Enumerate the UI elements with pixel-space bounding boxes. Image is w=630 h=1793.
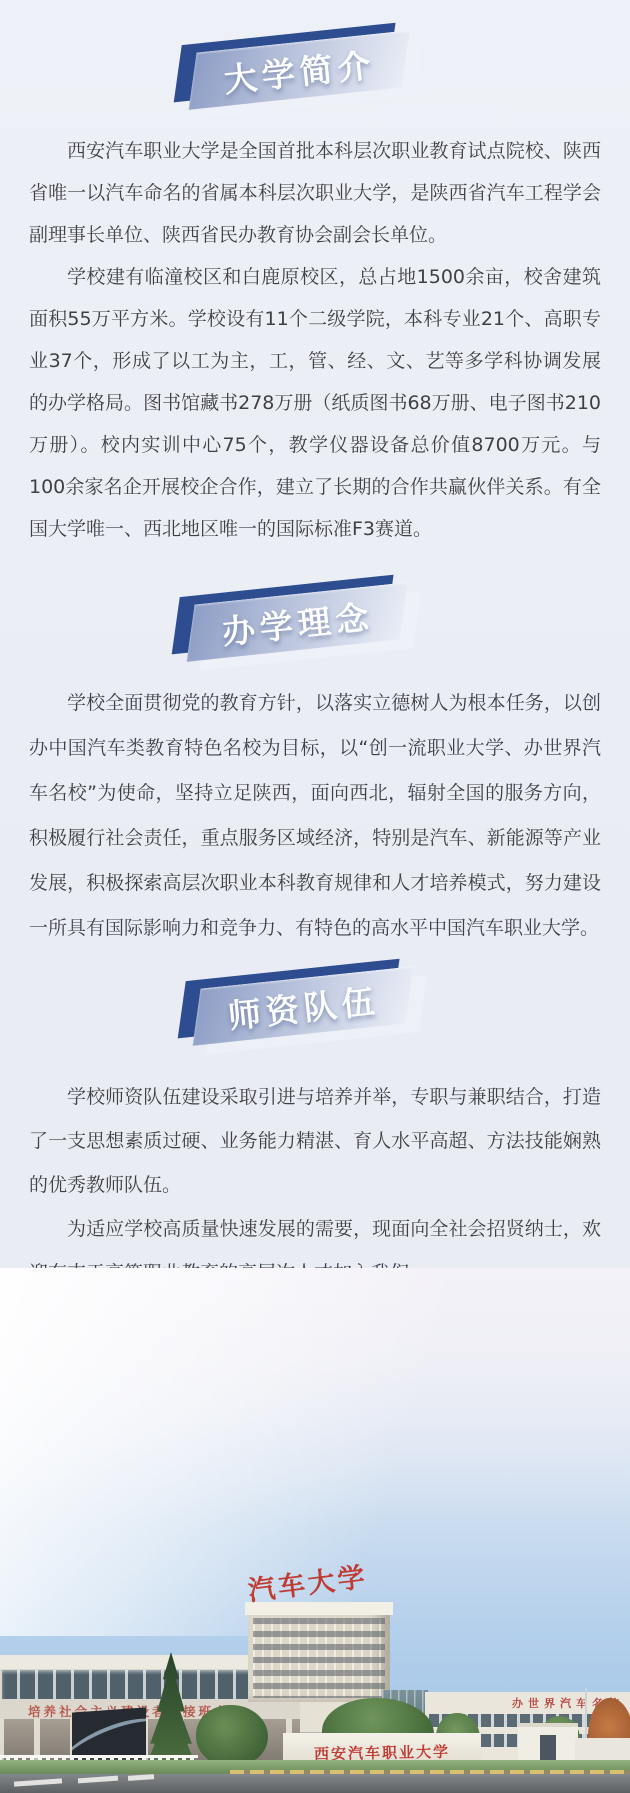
- promo-page: 大学简介 西安汽车职业大学是全国首批本科层次职业教育试点院校、陕西省唯一以汽车命…: [0, 0, 630, 1793]
- philosophy-text-block: 学校全面贯彻党的教育方针，以落实立德树人为根本任务，以创办中国汽车类教育特色名校…: [29, 681, 601, 951]
- section-banner-faculty: 师资队伍: [194, 967, 414, 1045]
- intro-paragraph-1: 西安汽车职业大学是全国首批本科层次职业教育试点院校、陕西省唯一以汽车命名的省属本…: [29, 130, 601, 256]
- tree: [196, 1705, 268, 1767]
- faculty-paragraph-1: 学校师资队伍建设采取引进与培养并举，专职与兼职结合，打造了一支思想素质过硬、业务…: [29, 1075, 601, 1207]
- section-banner-philosophy: 办学理念: [188, 583, 408, 661]
- intro-paragraph-2: 学校建有临潼校区和白鹿原校区，总占地1500余亩，校舍建筑面积55万平方米。学校…: [29, 256, 601, 550]
- campus-photo: 培养社会主义建设者和接班人 汽车大学 办世界汽车名校: [0, 1268, 630, 1793]
- intro-text-block: 西安汽车职业大学是全国首批本科层次职业教育试点院校、陕西省唯一以汽车命名的省属本…: [29, 130, 601, 550]
- faculty-text-block: 学校师资队伍建设采取引进与培养并举，专职与兼职结合，打造了一支思想素质过硬、业务…: [29, 1075, 601, 1295]
- philosophy-paragraph-1: 学校全面贯彻党的教育方针，以落实立德树人为根本任务，以创办中国汽车类教育特色名校…: [29, 681, 601, 951]
- main-tower-building: [248, 1602, 390, 1702]
- section-banner-intro: 大学简介: [190, 31, 410, 109]
- tower-window-grid: [253, 1618, 385, 1698]
